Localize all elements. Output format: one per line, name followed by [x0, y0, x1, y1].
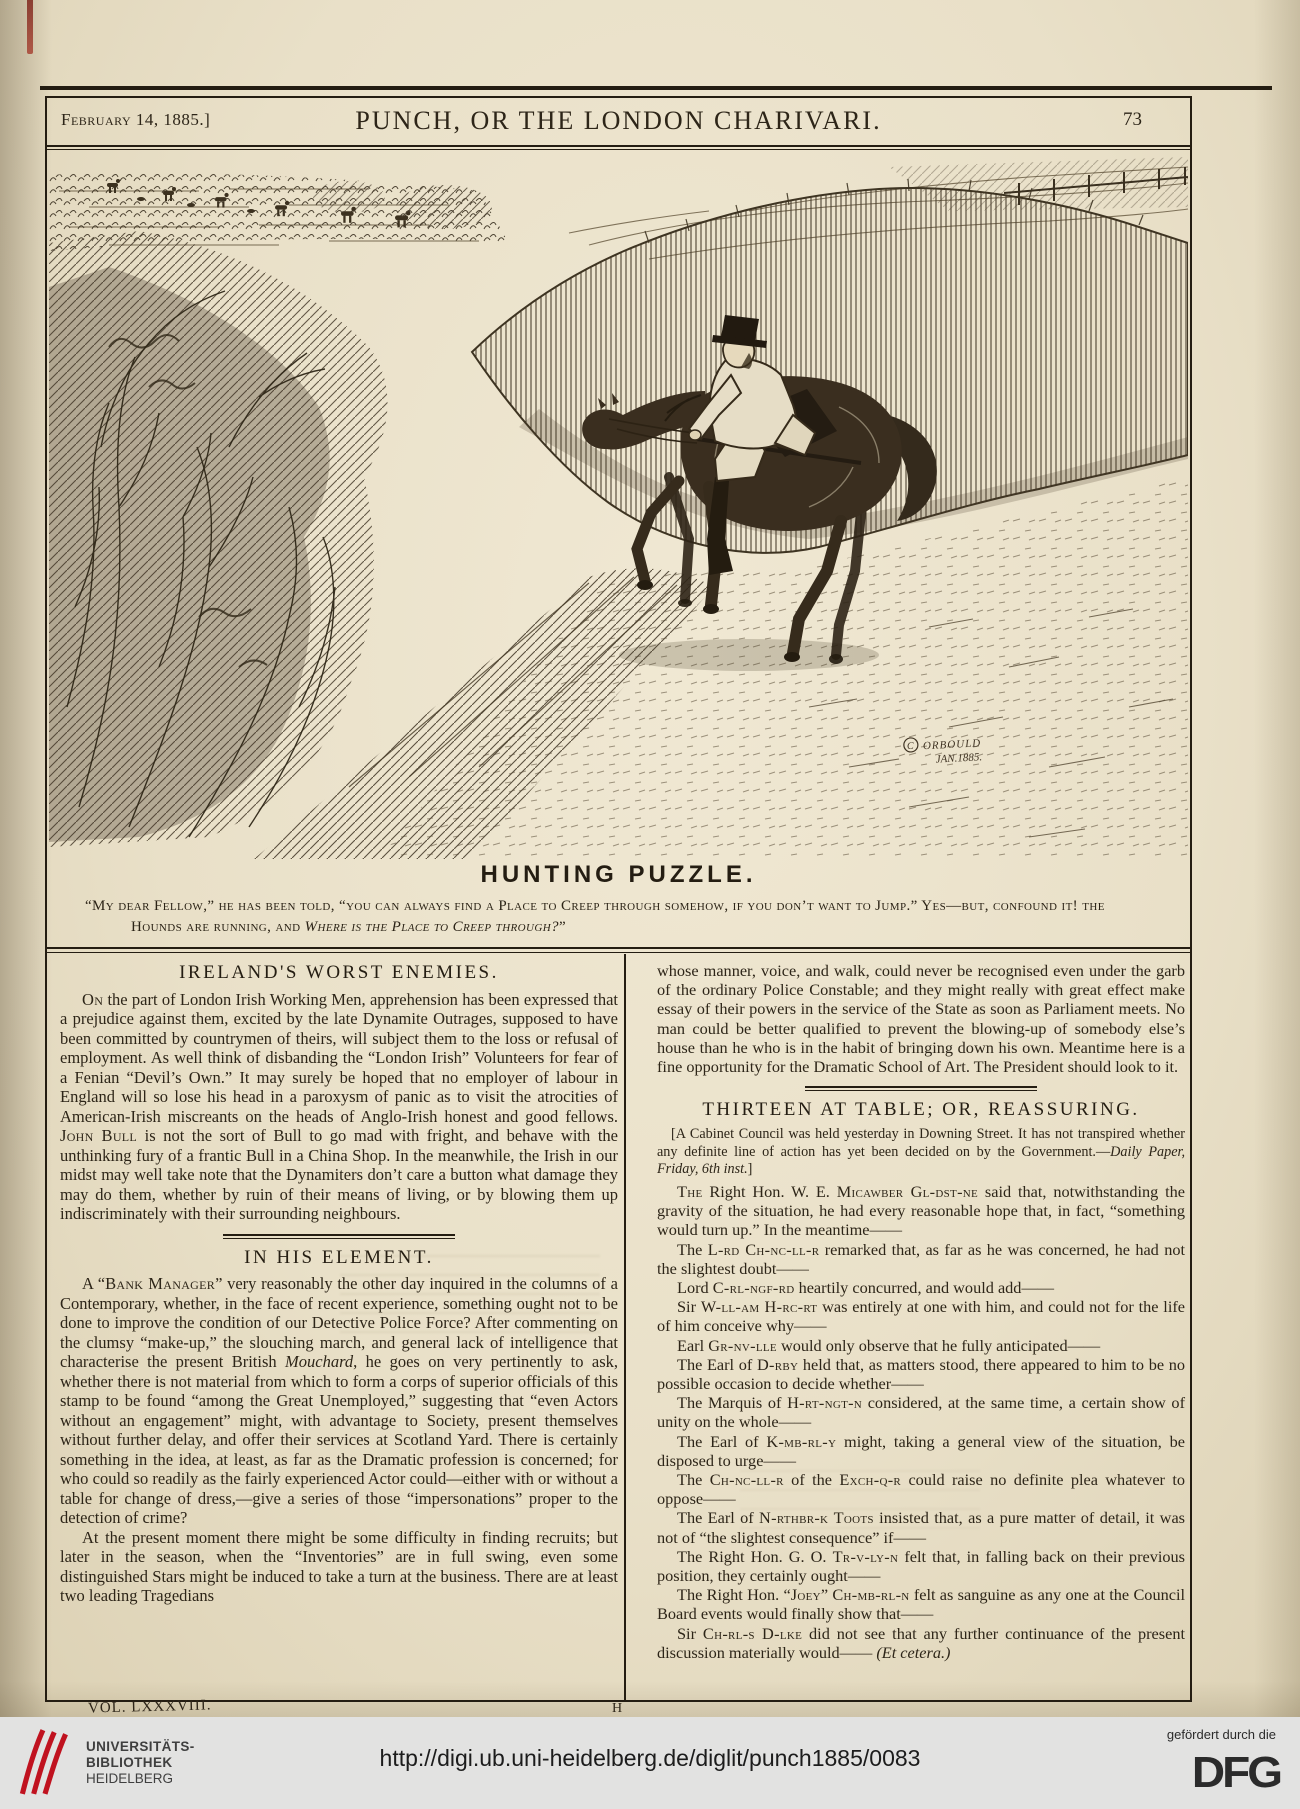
ribbon-mark — [27, 0, 33, 54]
council-statement: The Right Hon. “Joey” Ch-mb-rl-n felt as… — [657, 1585, 1185, 1623]
dfg-logo: DFG — [1192, 1746, 1280, 1797]
scanned-page: February 14, 1885.] PUNCH, OR THE LONDON… — [0, 0, 1300, 1809]
article-intro: [A Cabinet Council was held yesterday in… — [657, 1126, 1185, 1179]
source-url: http://digi.ub.uni-heidelberg.de/diglit/… — [0, 1745, 1300, 1772]
bleed-through — [340, 1255, 600, 1345]
catchword: H — [612, 1701, 622, 1717]
library-line: HEIDELBERG — [86, 1771, 195, 1787]
cartoon-caption: “My dear Fellow,” he has been told, “you… — [73, 896, 1133, 938]
page-frame: February 14, 1885.] PUNCH, OR THE LONDON… — [45, 96, 1192, 1702]
svg-text:C: C — [907, 741, 915, 752]
thicket — [49, 231, 388, 847]
council-statement: Sir Ch-rl-s D-lke did not see that any f… — [657, 1624, 1185, 1662]
council-statement: The Marquis of H-rt-ngt-n considered, at… — [657, 1393, 1185, 1431]
digitization-footer: UNIVERSITÄTS- BIBLIOTHEK HEIDELBERG http… — [0, 1717, 1300, 1809]
publication-title: PUNCH, OR THE LONDON CHARIVARI. — [47, 106, 1190, 136]
top-rule — [40, 86, 1272, 90]
funding-note: gefördert durch die — [1167, 1727, 1276, 1742]
masthead: February 14, 1885.] PUNCH, OR THE LONDON… — [47, 98, 1190, 147]
article-body: At the present moment there might be som… — [60, 1528, 618, 1606]
council-statement: The Earl of K-mb-rl-y might, taking a ge… — [657, 1432, 1185, 1470]
council-statement: Lord C-rl-ngf-rd heartily concurred, and… — [657, 1278, 1185, 1297]
right-column: whose manner, voice, and walk, could nev… — [657, 961, 1185, 1662]
article-heading: IRELAND'S WORST ENEMIES. — [60, 963, 618, 983]
section-rule — [47, 947, 1190, 953]
council-statement: The Earl of D-rby held that, as matters … — [657, 1355, 1185, 1393]
volume-number: VOL. LXXXVIII. — [88, 1697, 212, 1717]
council-statement: The Right Hon. W. E. Micawber Gl-dst-ne … — [657, 1182, 1185, 1240]
council-statement: Earl Gr-nv-lle would only observe that h… — [657, 1336, 1185, 1355]
article-continuation: whose manner, voice, and walk, could nev… — [657, 961, 1185, 1076]
council-statement: Sir W-ll-am H-rc-rt was entirely at one … — [657, 1297, 1185, 1335]
council-statement: The L-rd Ch-nc-ll-r remarked that, as fa… — [657, 1240, 1185, 1278]
article-separator — [223, 1234, 455, 1239]
page-number: 73 — [1123, 109, 1142, 131]
column-divider — [624, 954, 626, 1700]
cartoon-title: HUNTING PUZZLE. — [47, 861, 1190, 889]
svg-text:JAN.1885.: JAN.1885. — [935, 751, 982, 765]
bleed-through — [740, 1470, 980, 1540]
article-heading: THIRTEEN AT TABLE; OR, REASSURING. — [657, 1100, 1185, 1119]
article-body: On the part of London Irish Working Men,… — [60, 990, 618, 1224]
council-statement: The Right Hon. G. O. Tr-v-ly-n felt that… — [657, 1547, 1185, 1585]
hunting-cartoon-illustration: C ORBOULD JAN.1885. — [49, 147, 1188, 859]
article-separator — [805, 1086, 1037, 1091]
